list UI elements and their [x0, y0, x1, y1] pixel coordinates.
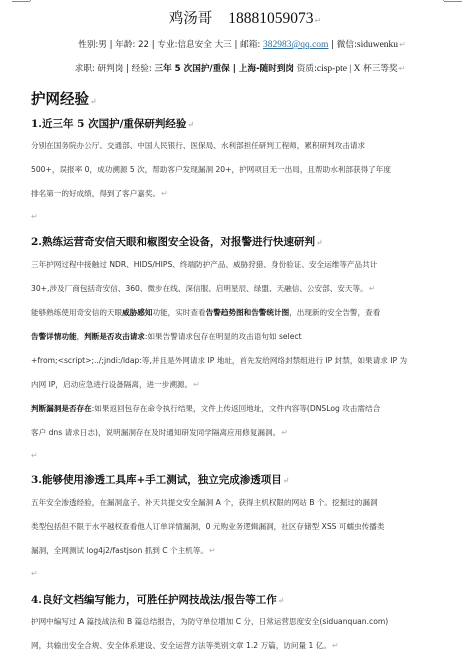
item-2-line-1: 三年护网过程中接触过 NDR、HIDS/HIPS、终端防护产品、威胁狩猎、身份验… [31, 259, 466, 270]
text: 功能，实时查看 [153, 308, 206, 317]
crop-mark-right [444, 0, 462, 2]
item-title-text: 2.熟练运营奇安信天眼和椒图安全设备，对报警进行快速研判 [31, 236, 315, 248]
text: 漏洞，全网测试 log4j2/fastjson 抓到 C 个主机等。 [31, 546, 208, 555]
item-4-line-2: 网，共输出安全合规、安全体系建设、安全运营方法等类别文章 1.2 万篇，访问量 … [31, 640, 466, 651]
item-4-title: 4.良好文档编写能力，可胜任护网技战法/报告等工作↵ [31, 592, 466, 607]
empty-paragraph: ↵ [31, 569, 466, 578]
item-3-title: 3.能够使用渗透工具库+手工测试，独立完成渗透项目↵ [31, 472, 466, 487]
text: ，出现新的安全告警，查看 [289, 308, 380, 317]
job-info-line: 求职: 研判岗 | 经验: 三年 5 次国护/重保 | 上海-随时到岗 资质:c… [0, 62, 466, 74]
item-2-title: 2.熟练运营奇安信天眼和椒图安全设备，对报警进行快速研判↵ [31, 234, 466, 249]
item-2-line-5: +from;<script>;../;jndi:/ldap:等,并且是外网请求 … [31, 355, 466, 366]
cert: cisp-pte | X [317, 64, 361, 74]
empty-paragraph: ↵ [31, 451, 466, 460]
section-title-text: 护网经验 [31, 91, 89, 108]
item-1-line-1: 分别在国务院办公厅、交通部、中国人民银行、医保局、水利部担任研判工程师，累积研判… [31, 140, 466, 151]
cert-label: 资质: [294, 64, 317, 74]
bold-text: 判断漏洞是否存在 [31, 404, 92, 413]
gender: 性别:男 [78, 40, 107, 50]
paragraph-mark-icon: ↵ [369, 284, 376, 293]
bold-text: 告警详情功能 [31, 332, 77, 341]
item-title-text: 4.良好文档编写能力，可胜任护网技战法/报告等工作 [31, 594, 277, 606]
item-2-line-6: 内网 IP，启动应急进行设备隔离，进一步溯源。↵ [31, 379, 466, 390]
candidate-name: 鸡汤哥 [169, 11, 213, 27]
paragraph-mark-icon: ↵ [193, 380, 200, 389]
bold-text: 告警趋势图和告警统计图 [206, 308, 290, 317]
phone-number: 18881059073 [228, 10, 313, 27]
crop-mark-left [12, 0, 30, 2]
separator: | [107, 40, 115, 50]
email-link[interactable]: 382983@qq.com [263, 40, 328, 50]
bold-text: 判断是否攻击请求 [84, 332, 145, 341]
paragraph-mark-icon: ↵ [283, 475, 290, 485]
wechat-label: 微信: [337, 40, 357, 50]
header-name-line: 鸡汤哥18881059073↵ [0, 7, 466, 28]
section-title: 护网经验↵ [31, 88, 466, 109]
text: 网，共输出安全合规、安全体系建设、安全运营方法等类别文章 1.2 万篇，访问量 … [31, 641, 331, 650]
separator: | [232, 40, 240, 50]
location: 上海-随时到岗 [239, 64, 294, 74]
text: 能够熟练使用奇安信的天眼 [31, 308, 122, 317]
major: 专业:信息安全 大三 [157, 40, 231, 50]
paragraph-mark-icon: ↵ [161, 189, 168, 198]
text: 30+,涉及厂商包括奇安信、360、微步在线、深信服、启明星辰、绿盟、天融信、公… [31, 284, 368, 293]
text: :如果返回包存在命令执行结果，文件上传返回地址，文件内容等(DNSLog 攻击需… [92, 404, 380, 413]
separator: | [230, 64, 239, 74]
item-1-title: 1.近三年 5 次国护/重保研判经验↵ [31, 116, 466, 131]
item-2-line-4: 告警详情功能，判断是否攻击请求:如果告警请求包存在明显的攻击语句如 select [31, 331, 466, 342]
item-4-line-1: 护网中编写过 A 篇技战法和 B 篇总结报告，为防守单位增加 C 分，日常运营思… [31, 616, 466, 627]
paragraph-mark-icon: ↵ [209, 546, 216, 555]
item-2-line-7: 判断漏洞是否存在:如果返回包存在命令执行结果，文件上传返回地址，文件内容等(DN… [31, 403, 466, 414]
job-label: 求职: 研判岗 | 经验: [75, 64, 155, 74]
item-3-line-3: 漏洞，全网测试 log4j2/fastjson 抓到 C 个主机等。↵ [31, 545, 466, 556]
award: 杯三等奖 [360, 64, 397, 74]
item-2-line-8: 客户 dns 请求日志)，说明漏洞存在及时通知研发同学隔离应用修复漏洞。↵ [31, 427, 466, 438]
text: 排名第一的好成绩，得到了客户嘉奖。 [31, 189, 160, 198]
age: 年龄: 22 [115, 40, 149, 50]
text: 客户 dns 请求日志)，说明漏洞存在及时通知研发同学隔离应用修复漏洞。 [31, 428, 280, 437]
item-3-line-1: 五年安全渗透经验，在漏洞盒子、补天共提交安全漏洞 A 个，获得主机权限的网站 B… [31, 497, 466, 508]
paragraph-mark-icon: ↵ [399, 64, 406, 73]
paragraph-mark-icon: ↵ [332, 641, 339, 650]
email-label: 邮箱: [240, 40, 263, 50]
text: :如果告警请求包存在明显的攻击语句如 select [145, 332, 302, 341]
bold-text: 威胁感知 [122, 308, 152, 317]
item-1-line-3: 排名第一的好成绩，得到了客户嘉奖。↵ [31, 188, 466, 199]
item-3-line-2: 类型包括但不限于水平越权查看他人订单详情漏洞，0 元购业务逻辑漏洞，社区存储型 … [31, 521, 466, 532]
paragraph-mark-icon: ↵ [315, 16, 322, 25]
paragraph-mark-icon: ↵ [187, 119, 194, 129]
item-title-text: 3.能够使用渗透工具库+手工测试，独立完成渗透项目 [31, 474, 282, 486]
empty-paragraph: ↵ [31, 212, 466, 221]
item-1-line-2: 500+，误报率 0，成功溯源 5 次，帮助客户发现漏洞 20+，护网项目无一出… [31, 164, 466, 175]
text: 内网 IP，启动应急进行设备隔离，进一步溯源。 [31, 380, 192, 389]
personal-info-line: 性别:男 | 年龄: 22 | 专业:信息安全 大三 | 邮箱: 382983@… [0, 38, 466, 50]
item-2-line-3: 能够熟练使用奇安信的天眼威胁感知功能，实时查看告警趋势图和告警统计图，出现新的安… [31, 307, 466, 318]
item-title-text: 1.近三年 5 次国护/重保研判经验 [31, 118, 186, 130]
item-2-line-2: 30+,涉及厂商包括奇安信、360、微步在线、深信服、启明星辰、绿盟、天融信、公… [31, 283, 466, 294]
paragraph-mark-icon: ↵ [278, 595, 285, 605]
wechat-id: siduwenku [357, 40, 398, 50]
paragraph-mark-icon: ↵ [281, 428, 288, 437]
paragraph-mark-icon: ↵ [316, 237, 323, 247]
paragraph-mark-icon: ↵ [399, 40, 406, 49]
experience: 三年 5 次国护/重保 [155, 64, 230, 74]
paragraph-mark-icon: ↵ [90, 96, 97, 106]
separator: | [328, 40, 336, 50]
